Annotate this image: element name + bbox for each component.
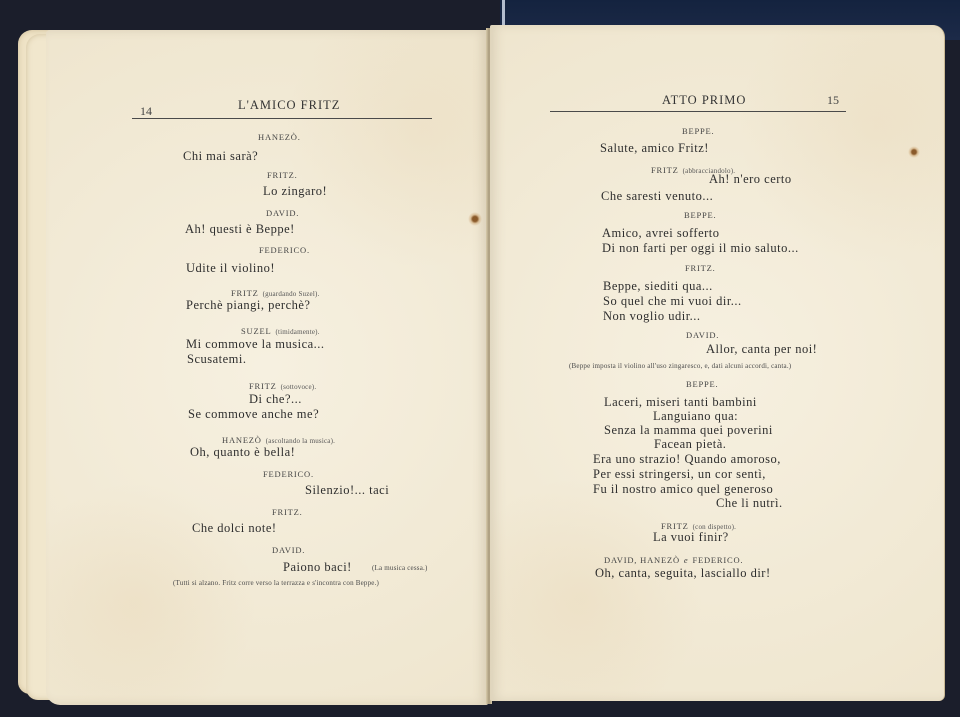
speaker-name: FRITZ. (685, 263, 716, 273)
header-rule-left (132, 118, 432, 119)
verse-line: Beppe, siediti qua... (603, 279, 713, 294)
verse-line: Che saresti venuto... (601, 189, 713, 204)
verse-line: Perchè piangi, perchè? (186, 298, 310, 313)
verse-line: Laceri, miseri tanti bambini (604, 395, 757, 410)
verse-line: Silenzio!... taci (305, 483, 389, 498)
speaker-name: HANEZÒ. (258, 132, 301, 142)
verse-line: Di che?... (249, 392, 302, 407)
speaker-name: BEPPE. (684, 210, 716, 220)
verse-line: Paiono baci! (283, 560, 352, 575)
verse-line: Languiano qua: (653, 409, 738, 424)
speaker-name: FRITZ (249, 381, 277, 391)
speaker-name: BEPPE. (682, 126, 714, 136)
speaker-name: DAVID. (272, 545, 305, 555)
stage-direction: (ascoltando la musica). (266, 437, 335, 445)
verse-line: Che li nutrì. (716, 496, 783, 511)
speaker-name: DAVID, HANEZÒ (604, 555, 680, 565)
speaker-name: FEDERICO. (263, 469, 314, 479)
speaker-name: FRITZ. (267, 170, 298, 180)
verse-line: Facean pietà. (654, 437, 726, 452)
stage-direction: (timidamente). (275, 328, 319, 336)
verse-line: La vuoi finir? (653, 530, 729, 545)
verse-line: Allor, canta per noi! (706, 342, 817, 357)
speaker-name: SUZEL (241, 326, 271, 336)
verse-line: So quel che mi vuoi dir... (603, 294, 742, 309)
speaker-name: HANEZÒ (222, 435, 262, 445)
verse-line: Ah! n'ero certo (709, 172, 792, 187)
running-head-left: L'AMICO FRITZ (238, 98, 340, 113)
verse-line: Senza la mamma quei poverini (604, 423, 773, 438)
speaker-name: DAVID. (266, 208, 299, 218)
foxing-spot (908, 146, 920, 158)
verse-line: Oh, canta, seguita, lasciallo dir! (595, 566, 771, 581)
verse-line: Udite il violino! (186, 261, 275, 276)
speaker-name: FEDERICO. (259, 245, 310, 255)
conjunction: e (684, 555, 689, 565)
verse-line: Chi mai sarà? (183, 149, 258, 164)
verse-line: Mi commove la musica... (186, 337, 325, 352)
verse-line: Che dolci note! (192, 521, 277, 536)
verse-line: Salute, amico Fritz! (600, 141, 709, 156)
verse-line: Amico, avrei sofferto (602, 226, 720, 241)
page-number-right: 15 (827, 93, 839, 108)
speaker-name: DAVID. (686, 330, 719, 340)
speaker-name: FRITZ. (272, 507, 303, 517)
verse-line: Fu il nostro amico quel generoso (593, 482, 773, 497)
verse-line: Ah! questi è Beppe! (185, 222, 295, 237)
stage-direction: (guardando Suzel). (263, 290, 320, 298)
verse-line: Oh, quanto è bella! (190, 445, 295, 460)
verse-line: Per essi stringersi, un cor sentì, (593, 467, 766, 482)
foxing-spot (468, 212, 482, 226)
speaker-name: FEDERICO. (692, 555, 743, 565)
verse-line: Era uno strazio! Quando amoroso, (593, 452, 781, 467)
stage-direction: (La musica cessa.) (372, 564, 428, 572)
stage-direction: (sottovoce). (281, 383, 317, 391)
verse-line: Se commove anche me? (188, 407, 319, 422)
speaker-name: FRITZ (651, 165, 679, 175)
speaker-name: BEPPE. (686, 379, 718, 389)
verse-line: Di non farti per oggi il mio saluto... (602, 241, 799, 256)
header-rule-right (550, 111, 846, 112)
running-head-right: ATTO PRIMO (662, 93, 746, 108)
verse-line: Scusatemi. (187, 352, 247, 367)
verse-line: Non voglio udir... (603, 309, 701, 324)
stage-direction: (Tutti si alzano. Fritz corre verso la t… (173, 579, 379, 587)
stage-direction: (Beppe imposta il violino all'uso zingar… (569, 362, 791, 370)
speaker-name: FRITZ (231, 288, 259, 298)
page-number-left: 14 (140, 104, 152, 119)
verse-line: Lo zingaro! (263, 184, 327, 199)
